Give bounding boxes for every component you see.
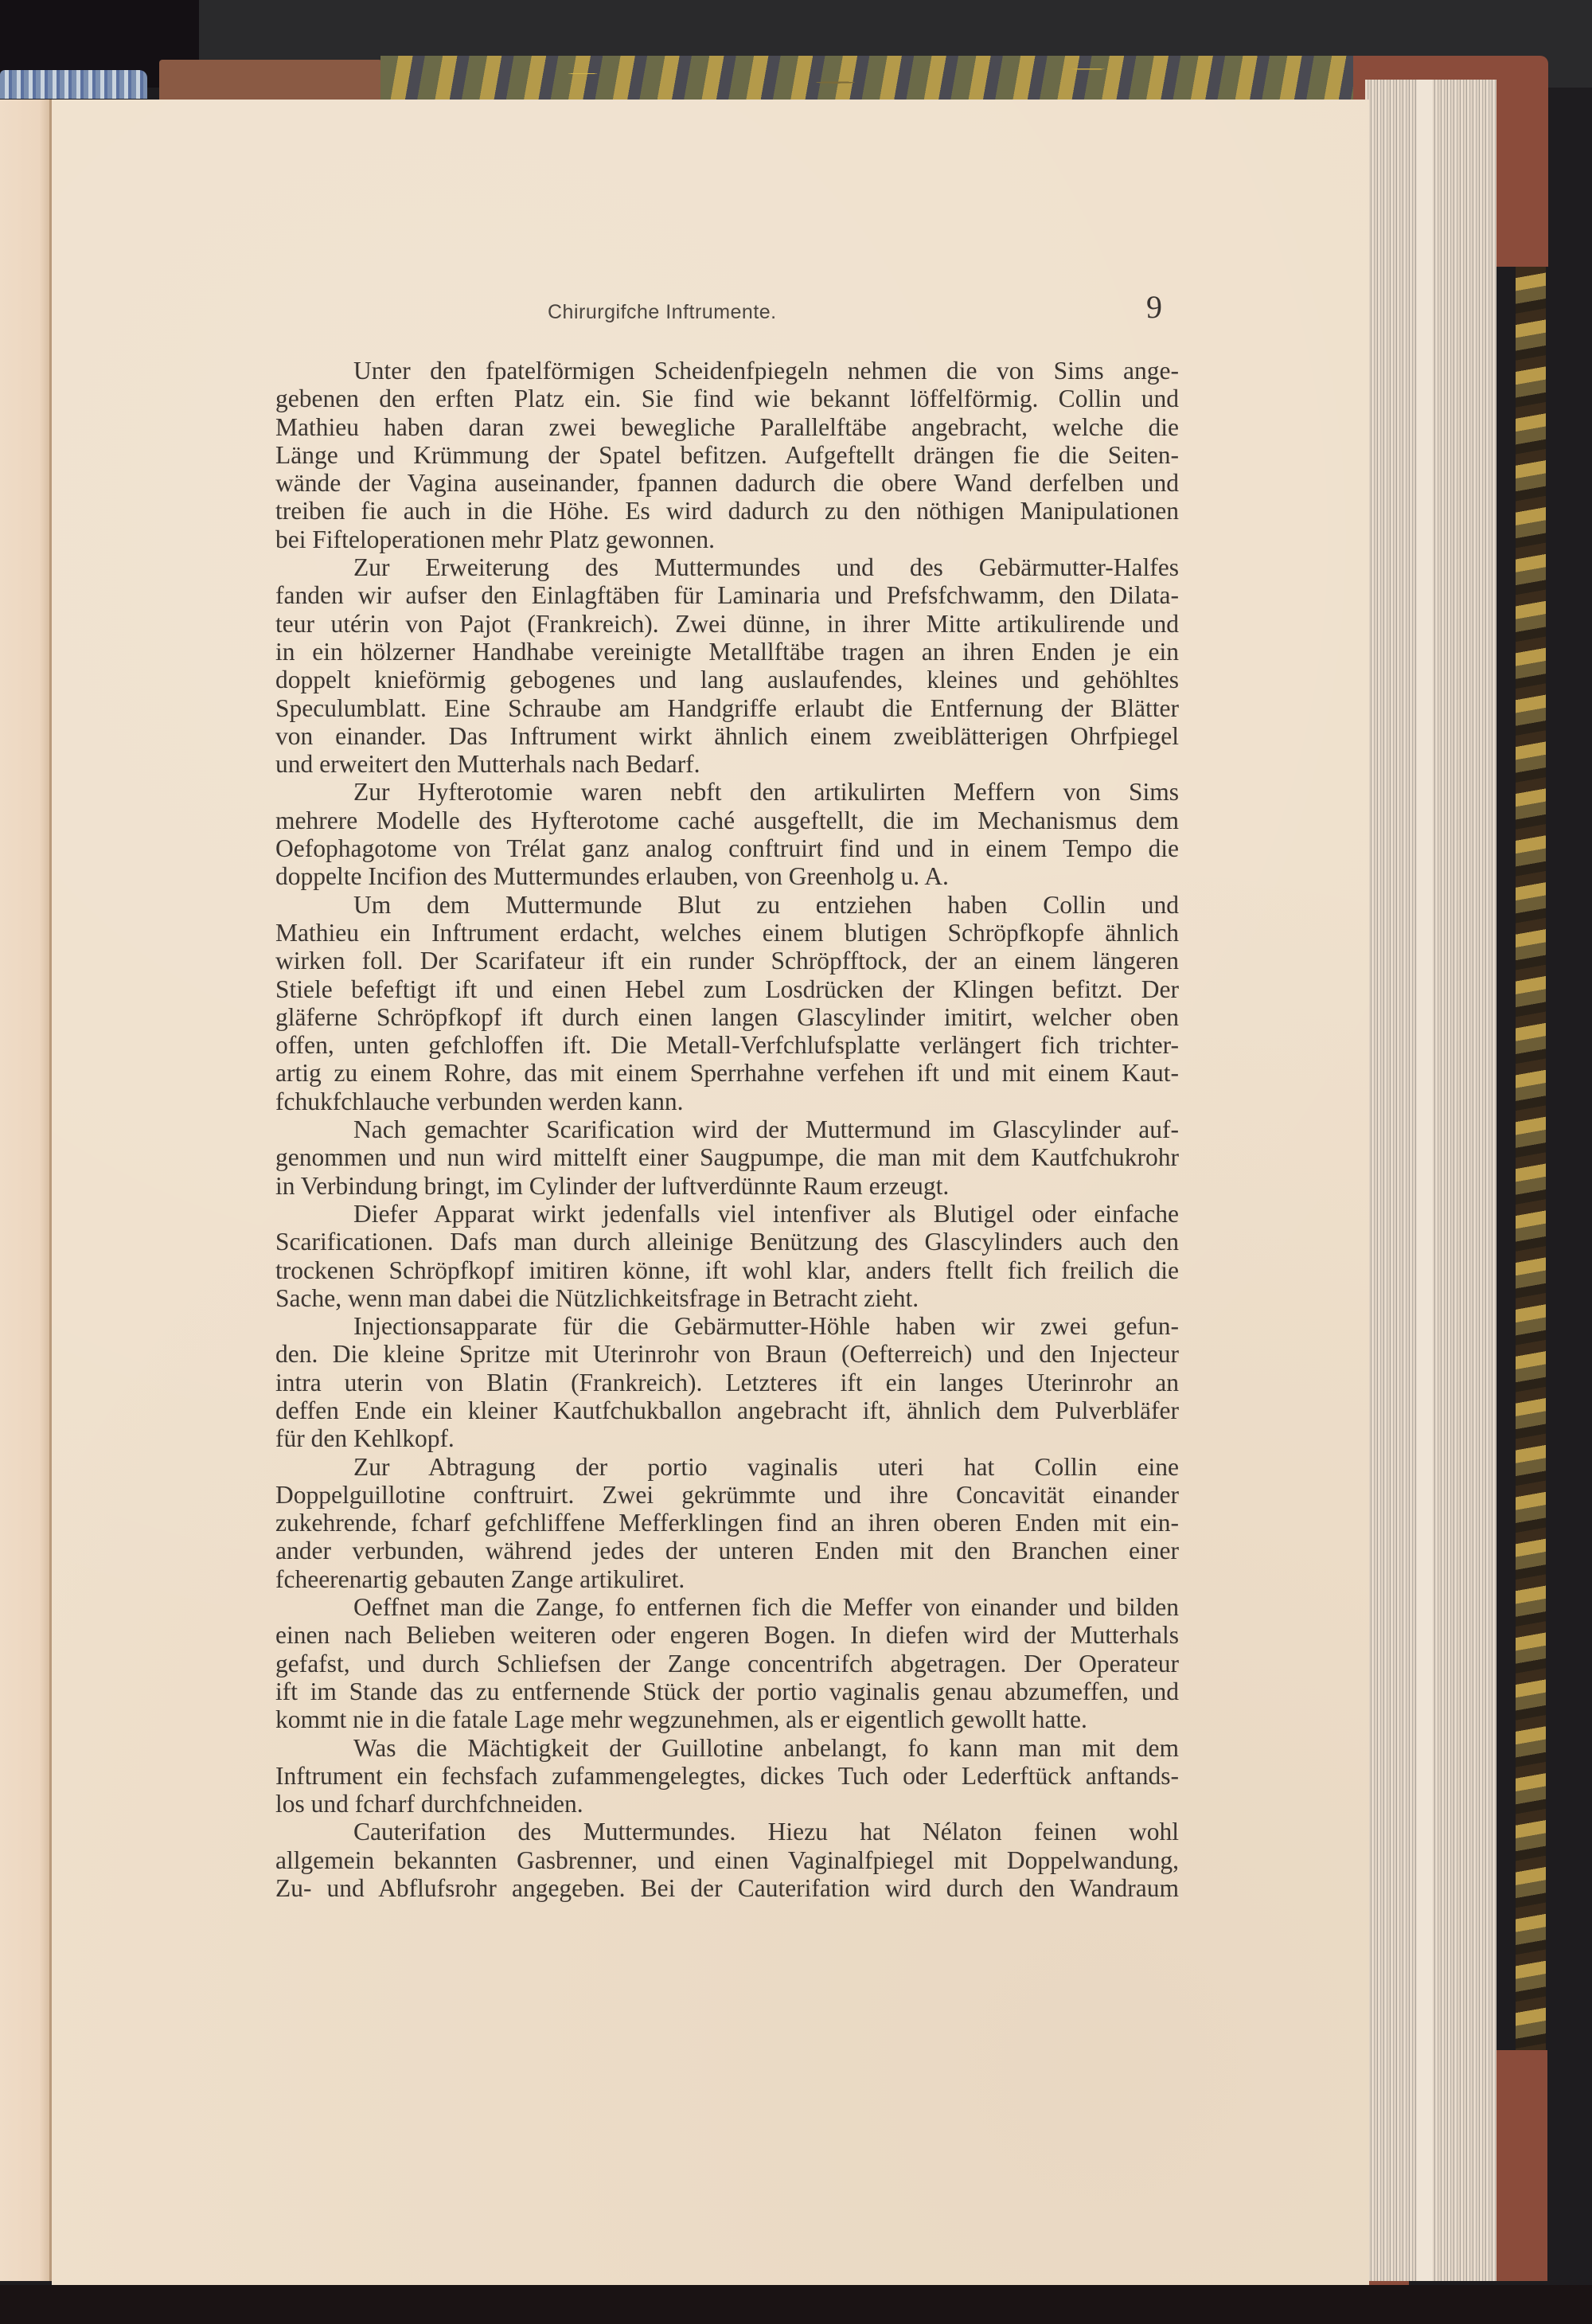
text-line: von einander. Das Inftrument wirkt ähnli… bbox=[197, 722, 1179, 750]
text-line: kommt nie in die fatale Lage mehr wegzun… bbox=[197, 1705, 1179, 1733]
text-line: mehrere Modelle des Hyfterotome caché au… bbox=[197, 807, 1179, 834]
marbled-cover-right bbox=[1516, 267, 1546, 2050]
text-line: ift im Stande das zu entfernende Stück d… bbox=[197, 1678, 1179, 1705]
text-line: doppelt knieförmig gebogenes und lang au… bbox=[197, 666, 1179, 693]
cover-corner-bottom bbox=[1495, 2050, 1547, 2281]
text-line: Injectionsapparate für die Gebärmutter-H… bbox=[197, 1312, 1179, 1340]
text-line: intra uterin von Blatin (Frankreich). Le… bbox=[197, 1369, 1179, 1396]
text-line: Sache, wenn man dabei die Nützlichkeitsf… bbox=[197, 1284, 1179, 1312]
text-line: fcheerenartig gebauten Zange artikuliret… bbox=[197, 1565, 1179, 1593]
text-line: treiben fie auch in die Höhe. Es wird da… bbox=[197, 497, 1179, 525]
running-title: Chirurgifche Inftrumente. bbox=[548, 301, 777, 324]
text-line: zukehrende, fcharf gefchliffene Mefferkl… bbox=[197, 1509, 1179, 1537]
body-text: Unter den fpatelförmigen Scheidenfpiegel… bbox=[197, 357, 1179, 1902]
paragraph: Zur Abtragung der portio vaginalis uteri… bbox=[197, 1453, 1179, 1593]
text-line: Unter den fpatelförmigen Scheidenfpiegel… bbox=[197, 357, 1179, 385]
text-line: für den Kehlkopf. bbox=[197, 1424, 1179, 1452]
text-line: los und fcharf durchfchneiden. bbox=[197, 1790, 1179, 1818]
text-line: den. Die kleine Spritze mit Uterinrohr v… bbox=[197, 1340, 1179, 1368]
text-line: in ein hölzerner Handhabe vereinigte Met… bbox=[197, 638, 1179, 666]
text-line: Länge und Krümmung der Spatel befitzen. … bbox=[197, 441, 1179, 469]
page-edges-inner bbox=[1417, 80, 1433, 2281]
paragraph: Diefer Apparat wirkt jedenfalls viel int… bbox=[197, 1200, 1179, 1312]
text-line: Mathieu haben daran zwei bewegliche Para… bbox=[197, 413, 1179, 441]
text-line: artig zu einem Rohre, das mit einem Sper… bbox=[197, 1059, 1179, 1087]
text-line: Zur Abtragung der portio vaginalis uteri… bbox=[197, 1453, 1179, 1481]
text-line: Stiele befeftigt ift und einen Hebel zum… bbox=[197, 975, 1179, 1003]
text-line: allgemein bekannten Gasbrenner, und eine… bbox=[197, 1846, 1179, 1874]
paragraph: Unter den fpatelförmigen Scheidenfpiegel… bbox=[197, 357, 1179, 553]
text-line: Inftrument ein fechsfach zufammengelegte… bbox=[197, 1762, 1179, 1790]
paragraph: Injectionsapparate für die Gebärmutter-H… bbox=[197, 1312, 1179, 1452]
text-line: Oeffnet man die Zange, fo entfernen fich… bbox=[197, 1593, 1179, 1621]
text-line: Nach gemachter Scarification wird der Mu… bbox=[197, 1115, 1179, 1143]
text-line: wände der Vagina auseinander, fpannen da… bbox=[197, 469, 1179, 497]
paragraph: Nach gemachter Scarification wird der Mu… bbox=[197, 1115, 1179, 1200]
background-bottom bbox=[0, 2285, 1592, 2324]
paragraph: Zur Erweiterung des Muttermundes und des… bbox=[197, 553, 1179, 778]
text-line: ander verbunden, während jedes der unter… bbox=[197, 1537, 1179, 1564]
text-line: Scarificationen. Dafs man durch alleinig… bbox=[197, 1228, 1179, 1256]
text-line: offen, unten gefchloffen ift. Die Metall… bbox=[197, 1031, 1179, 1059]
text-line: Zur Hyfterotomie waren nebft den artikul… bbox=[197, 778, 1179, 806]
text-line: einen nach Belieben weiteren oder engere… bbox=[197, 1621, 1179, 1649]
text-line: bei Fifteloperationen mehr Platz gewonne… bbox=[197, 525, 1179, 553]
text-line: Um dem Muttermunde Blut zu entziehen hab… bbox=[197, 891, 1179, 919]
text-line: deffen Ende ein kleiner Kautfchukballon … bbox=[197, 1396, 1179, 1424]
text-line: fchukfchlauche verbunden werden kann. bbox=[197, 1088, 1179, 1115]
paragraph: Zur Hyfterotomie waren nebft den artikul… bbox=[197, 778, 1179, 890]
text-line: fanden wir aufser den Einlagftäben für L… bbox=[197, 581, 1179, 609]
text-line: gebenen den erften Platz ein. Sie find w… bbox=[197, 385, 1179, 412]
text-line: Was die Mächtigkeit der Guillotine anbel… bbox=[197, 1734, 1179, 1762]
text-line: Cauterifation des Muttermundes. Hiezu ha… bbox=[197, 1818, 1179, 1846]
text-line: doppelte Incifion des Muttermundes erlau… bbox=[197, 862, 1179, 890]
headband bbox=[0, 70, 147, 99]
text-line: Oefophagotome von Trélat ganz analog con… bbox=[197, 834, 1179, 862]
text-line: Doppelguillotine conftruirt. Zwei gekrüm… bbox=[197, 1481, 1179, 1509]
text-line: Diefer Apparat wirkt jedenfalls viel int… bbox=[197, 1200, 1179, 1228]
text-line: Zur Erweiterung des Muttermundes und des… bbox=[197, 553, 1179, 581]
text-line: und erweitert den Mutterhals nach Bedarf… bbox=[197, 750, 1179, 778]
page-number: 9 bbox=[1146, 288, 1162, 326]
paragraph: Cauterifation des Muttermundes. Hiezu ha… bbox=[197, 1818, 1179, 1902]
left-page-edge bbox=[0, 100, 49, 2281]
text-line: teur utérin von Pajot (Frankreich). Zwei… bbox=[197, 610, 1179, 638]
paragraph: Um dem Muttermunde Blut zu entziehen hab… bbox=[197, 891, 1179, 1115]
text-line: genommen und nun wird mittelft einer Sau… bbox=[197, 1143, 1179, 1171]
text-line: Speculumblatt. Eine Schraube am Handgrif… bbox=[197, 694, 1179, 722]
text-line: trockenen Schröpfkopf imitiren könne, if… bbox=[197, 1256, 1179, 1284]
spine-leather bbox=[159, 60, 382, 101]
paragraph: Was die Mächtigkeit der Guillotine anbel… bbox=[197, 1734, 1179, 1818]
text-line: Zu- und Abflufsrohr angegeben. Bei der C… bbox=[197, 1874, 1179, 1902]
paragraph: Oeffnet man die Zange, fo entfernen fich… bbox=[197, 1593, 1179, 1733]
text-line: gläferne Schröpfkopf ift durch einen lan… bbox=[197, 1003, 1179, 1031]
marbled-cover-top bbox=[380, 56, 1391, 100]
gutter bbox=[49, 100, 52, 2281]
text-line: wirken foll. Der Scarifateur ift ein run… bbox=[197, 947, 1179, 975]
text-line: Mathieu ein Inftrument erdacht, welches … bbox=[197, 919, 1179, 947]
text-line: in Verbindung bringt, im Cylinder der lu… bbox=[197, 1172, 1179, 1200]
text-line: gefafst, und durch Schliefsen der Zange … bbox=[197, 1650, 1179, 1678]
